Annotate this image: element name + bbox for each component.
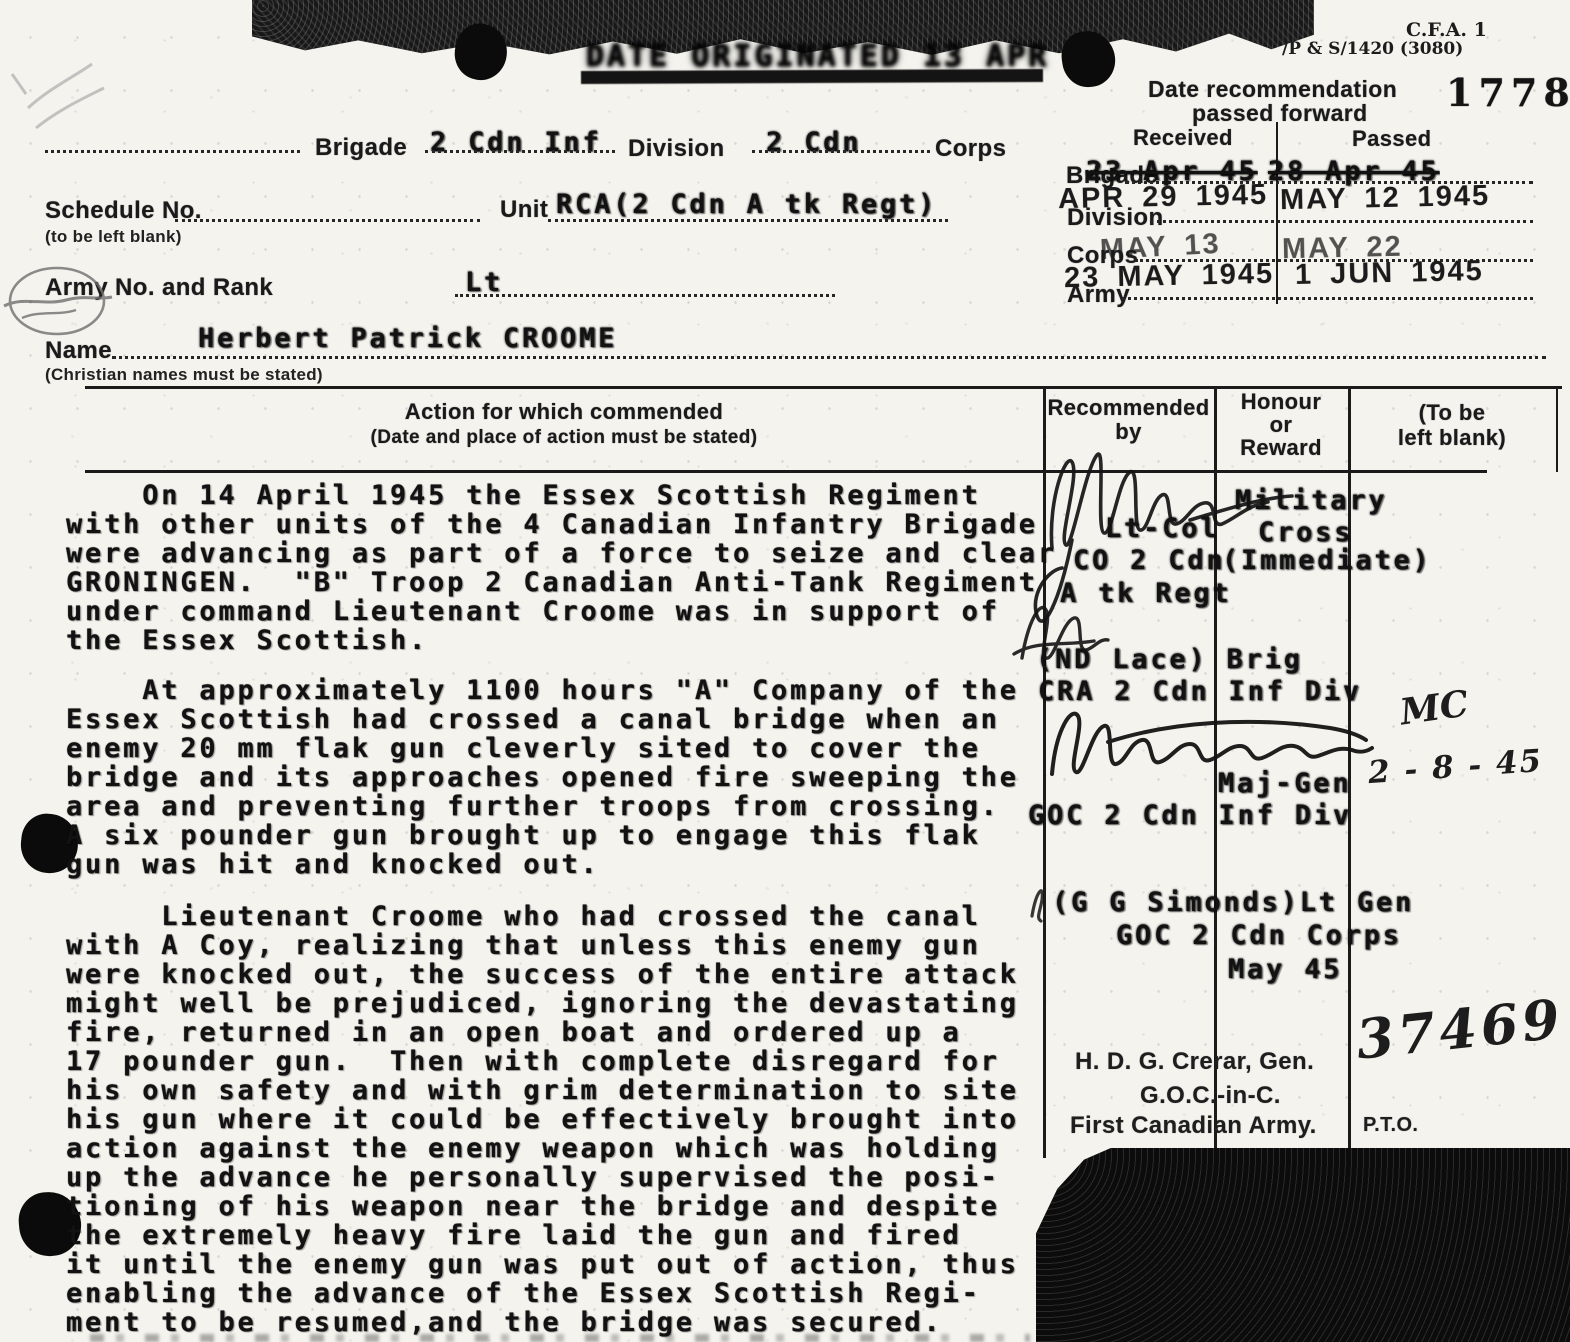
signature-overlay: [0, 0, 1570, 1342]
pencil-circle-annotation: [4, 268, 112, 334]
signature-scrawl-small: [1032, 891, 1042, 921]
signature-maj-gen: [1052, 714, 1372, 774]
signature-brig: [1014, 608, 1108, 659]
pencil-scribble-top-left: [12, 64, 104, 128]
cut-off-text-smudge: [90, 1334, 1030, 1342]
scanned-document-page: DATE ORIGINATED 13 APR 45 C.F.A. 1 /P & …: [0, 0, 1570, 1342]
redaction-block-bottom: [1036, 1148, 1570, 1342]
signature-lt-col: [1035, 454, 1292, 621]
